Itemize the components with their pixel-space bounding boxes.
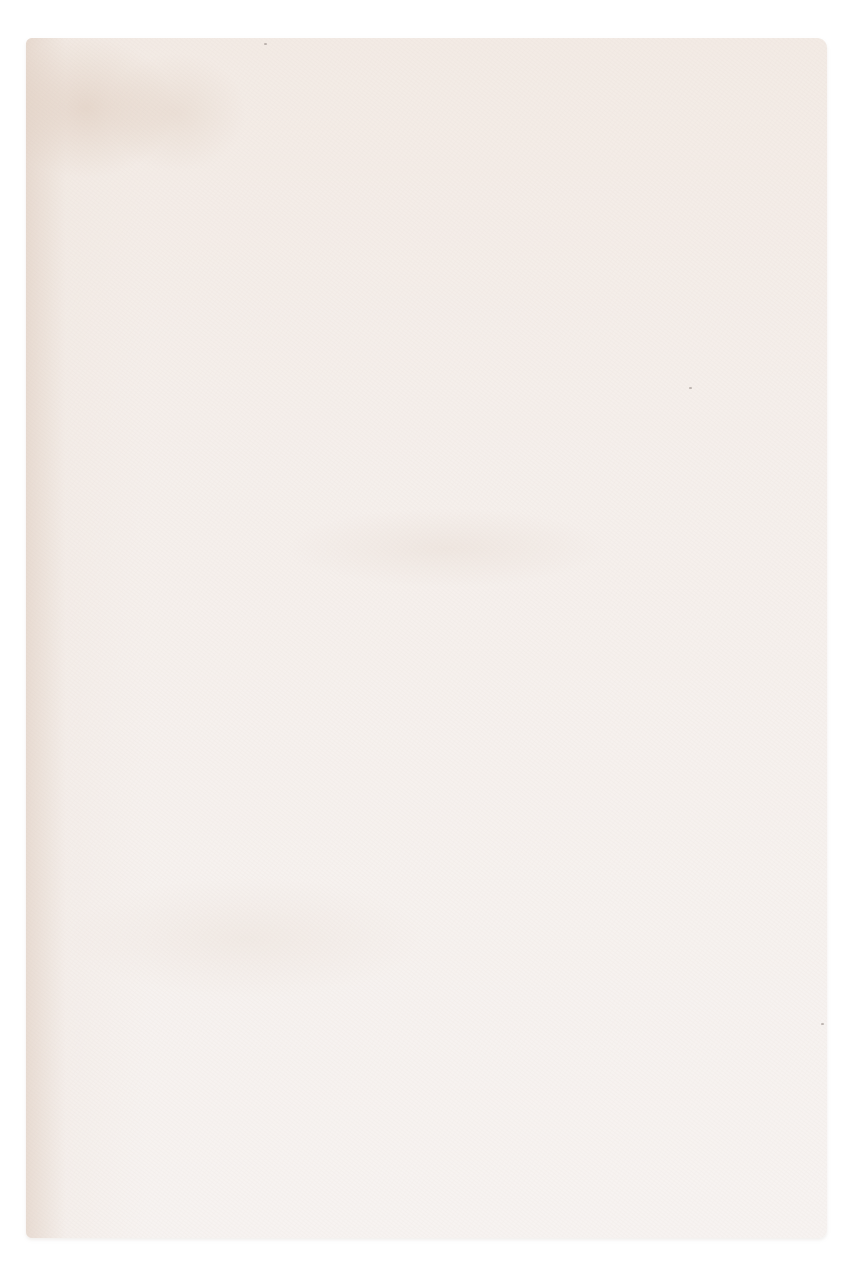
product-photo (0, 0, 853, 1280)
rug (26, 38, 827, 1238)
lint-speck (821, 1023, 824, 1025)
lint-speck (264, 43, 267, 45)
lint-speck (689, 387, 692, 389)
